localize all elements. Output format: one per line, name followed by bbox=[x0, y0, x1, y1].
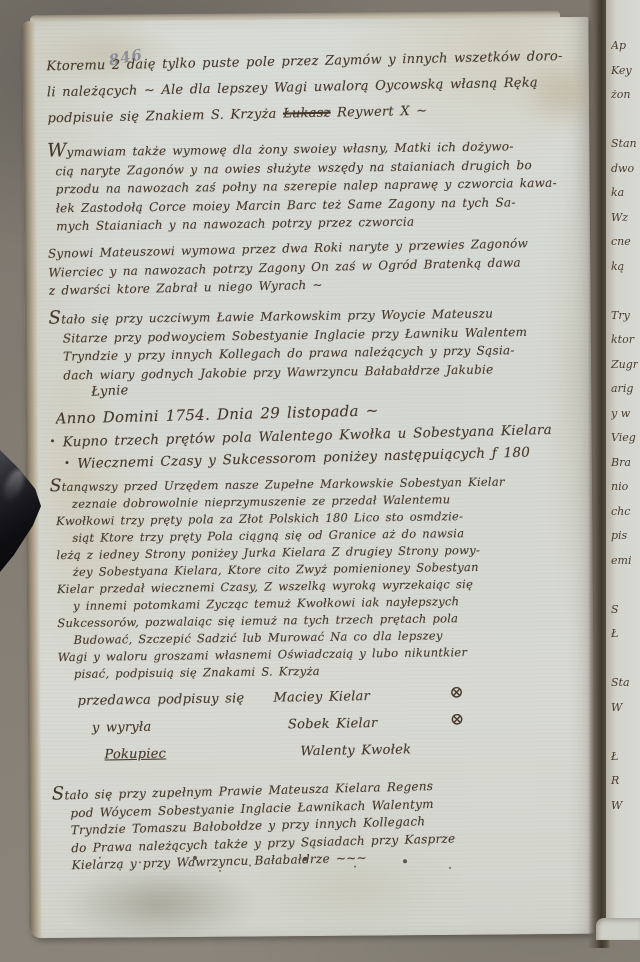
signature-role-label: y wyryła bbox=[92, 711, 288, 741]
facing-fragment-line: Ap bbox=[611, 34, 638, 59]
facing-fragment-line: pis bbox=[611, 524, 638, 549]
facing-fragment-line: żon bbox=[611, 83, 638, 108]
facing-page-bottom-corner bbox=[596, 918, 640, 940]
facing-fragment-line: Bra bbox=[611, 451, 638, 476]
facing-fragment-line: cne bbox=[611, 230, 638, 255]
facing-fragment-line bbox=[611, 573, 638, 598]
manuscript-page: 846 Ktoremu 2 daię tylko puste pole prze… bbox=[22, 17, 595, 938]
facing-fragment-line: y w bbox=[611, 402, 638, 427]
facing-fragment-line bbox=[611, 108, 638, 133]
leather-highlight bbox=[0, 466, 28, 504]
facing-fragment-line: S bbox=[611, 598, 638, 623]
facing-fragment-line: emi bbox=[611, 549, 638, 574]
witnesses-paragraph: Stało się przy uczciwym Ławie Markowskim… bbox=[48, 302, 581, 384]
wymowa-paragraph: Wymawiam także wymowę dla żony swoiey wł… bbox=[47, 135, 580, 235]
manuscript-photo: 846 Ktoremu 2 daię tylko puste pole prze… bbox=[0, 0, 640, 962]
signature-block: przedawca podpisuy się Maciey Kielar ⊗ y… bbox=[51, 680, 584, 770]
signatory-name: Maciey Kielar bbox=[273, 682, 463, 712]
facing-fragment-line: dwo bbox=[611, 157, 638, 182]
facing-fragment-line bbox=[611, 279, 638, 304]
facing-page-text-fragments: ApKeyżon StandwokaWzcneką TryktorZugrari… bbox=[611, 34, 638, 818]
facing-fragment-line: Stan bbox=[611, 132, 638, 157]
signature-text: Reywert X ~ bbox=[331, 104, 428, 121]
facing-fragment-line: R bbox=[611, 769, 638, 794]
facing-fragment-line: Sta bbox=[611, 671, 638, 696]
cross-circle-mark-icon: ⊗ bbox=[450, 707, 465, 734]
facing-fragment-line: Ł bbox=[611, 622, 638, 647]
signature-role-label: przedawca podpisuy się bbox=[77, 685, 273, 715]
facing-fragment-line: Vieg bbox=[611, 426, 638, 451]
facing-fragment-line: ktor bbox=[611, 328, 638, 353]
facing-fragment-line: arig bbox=[611, 377, 638, 402]
handwritten-text: Ktoremu 2 daię tylko puste pole przez Za… bbox=[47, 47, 585, 871]
facing-fragment-line: ka bbox=[611, 181, 638, 206]
facing-fragment-line: W bbox=[611, 696, 638, 721]
facing-fragment-line: ką bbox=[611, 255, 638, 280]
signature-role-label: Pokupiec bbox=[104, 738, 300, 768]
cross-circle-mark-icon: ⊗ bbox=[449, 680, 464, 707]
tail-word: Łynie bbox=[91, 381, 152, 402]
closing-witnesses-paragraph: Stało się przy zupełnym Prawie Mateusza … bbox=[52, 772, 586, 875]
facing-fragment-line: Zugr bbox=[611, 353, 638, 378]
facing-fragment-line: nio bbox=[611, 475, 638, 500]
closing-note-paragraph: Ktoremu 2 daię tylko puste pole przez Za… bbox=[46, 44, 579, 133]
facing-fragment-line: W bbox=[611, 794, 638, 819]
facing-fragment-line bbox=[611, 647, 638, 672]
facing-fragment-line: Key bbox=[611, 59, 638, 84]
facing-fragment-line: chc bbox=[611, 500, 638, 525]
paper-stain bbox=[59, 864, 260, 944]
signature-text: podpisuie się Znakiem S. Krzyża bbox=[47, 107, 283, 127]
facing-page-strip: ApKeyżon StandwokaWzcneką TryktorZugrari… bbox=[606, 0, 640, 940]
facing-fragment-line bbox=[611, 720, 638, 745]
deed-body-paragraph: Stanąwszy przed Urzędem nasze Zupełne Ma… bbox=[50, 472, 584, 683]
struck-word: Łukasz bbox=[283, 106, 331, 122]
signatory-name: Walenty Kwołek bbox=[300, 735, 490, 765]
syn-paragraph: Synowi Mateuszowi wymowa przez dwa Roki … bbox=[48, 233, 581, 300]
facing-fragment-line: Try bbox=[611, 304, 638, 329]
facing-fragment-line: Wz bbox=[611, 206, 638, 231]
facing-fragment-line: Ł bbox=[611, 745, 638, 770]
